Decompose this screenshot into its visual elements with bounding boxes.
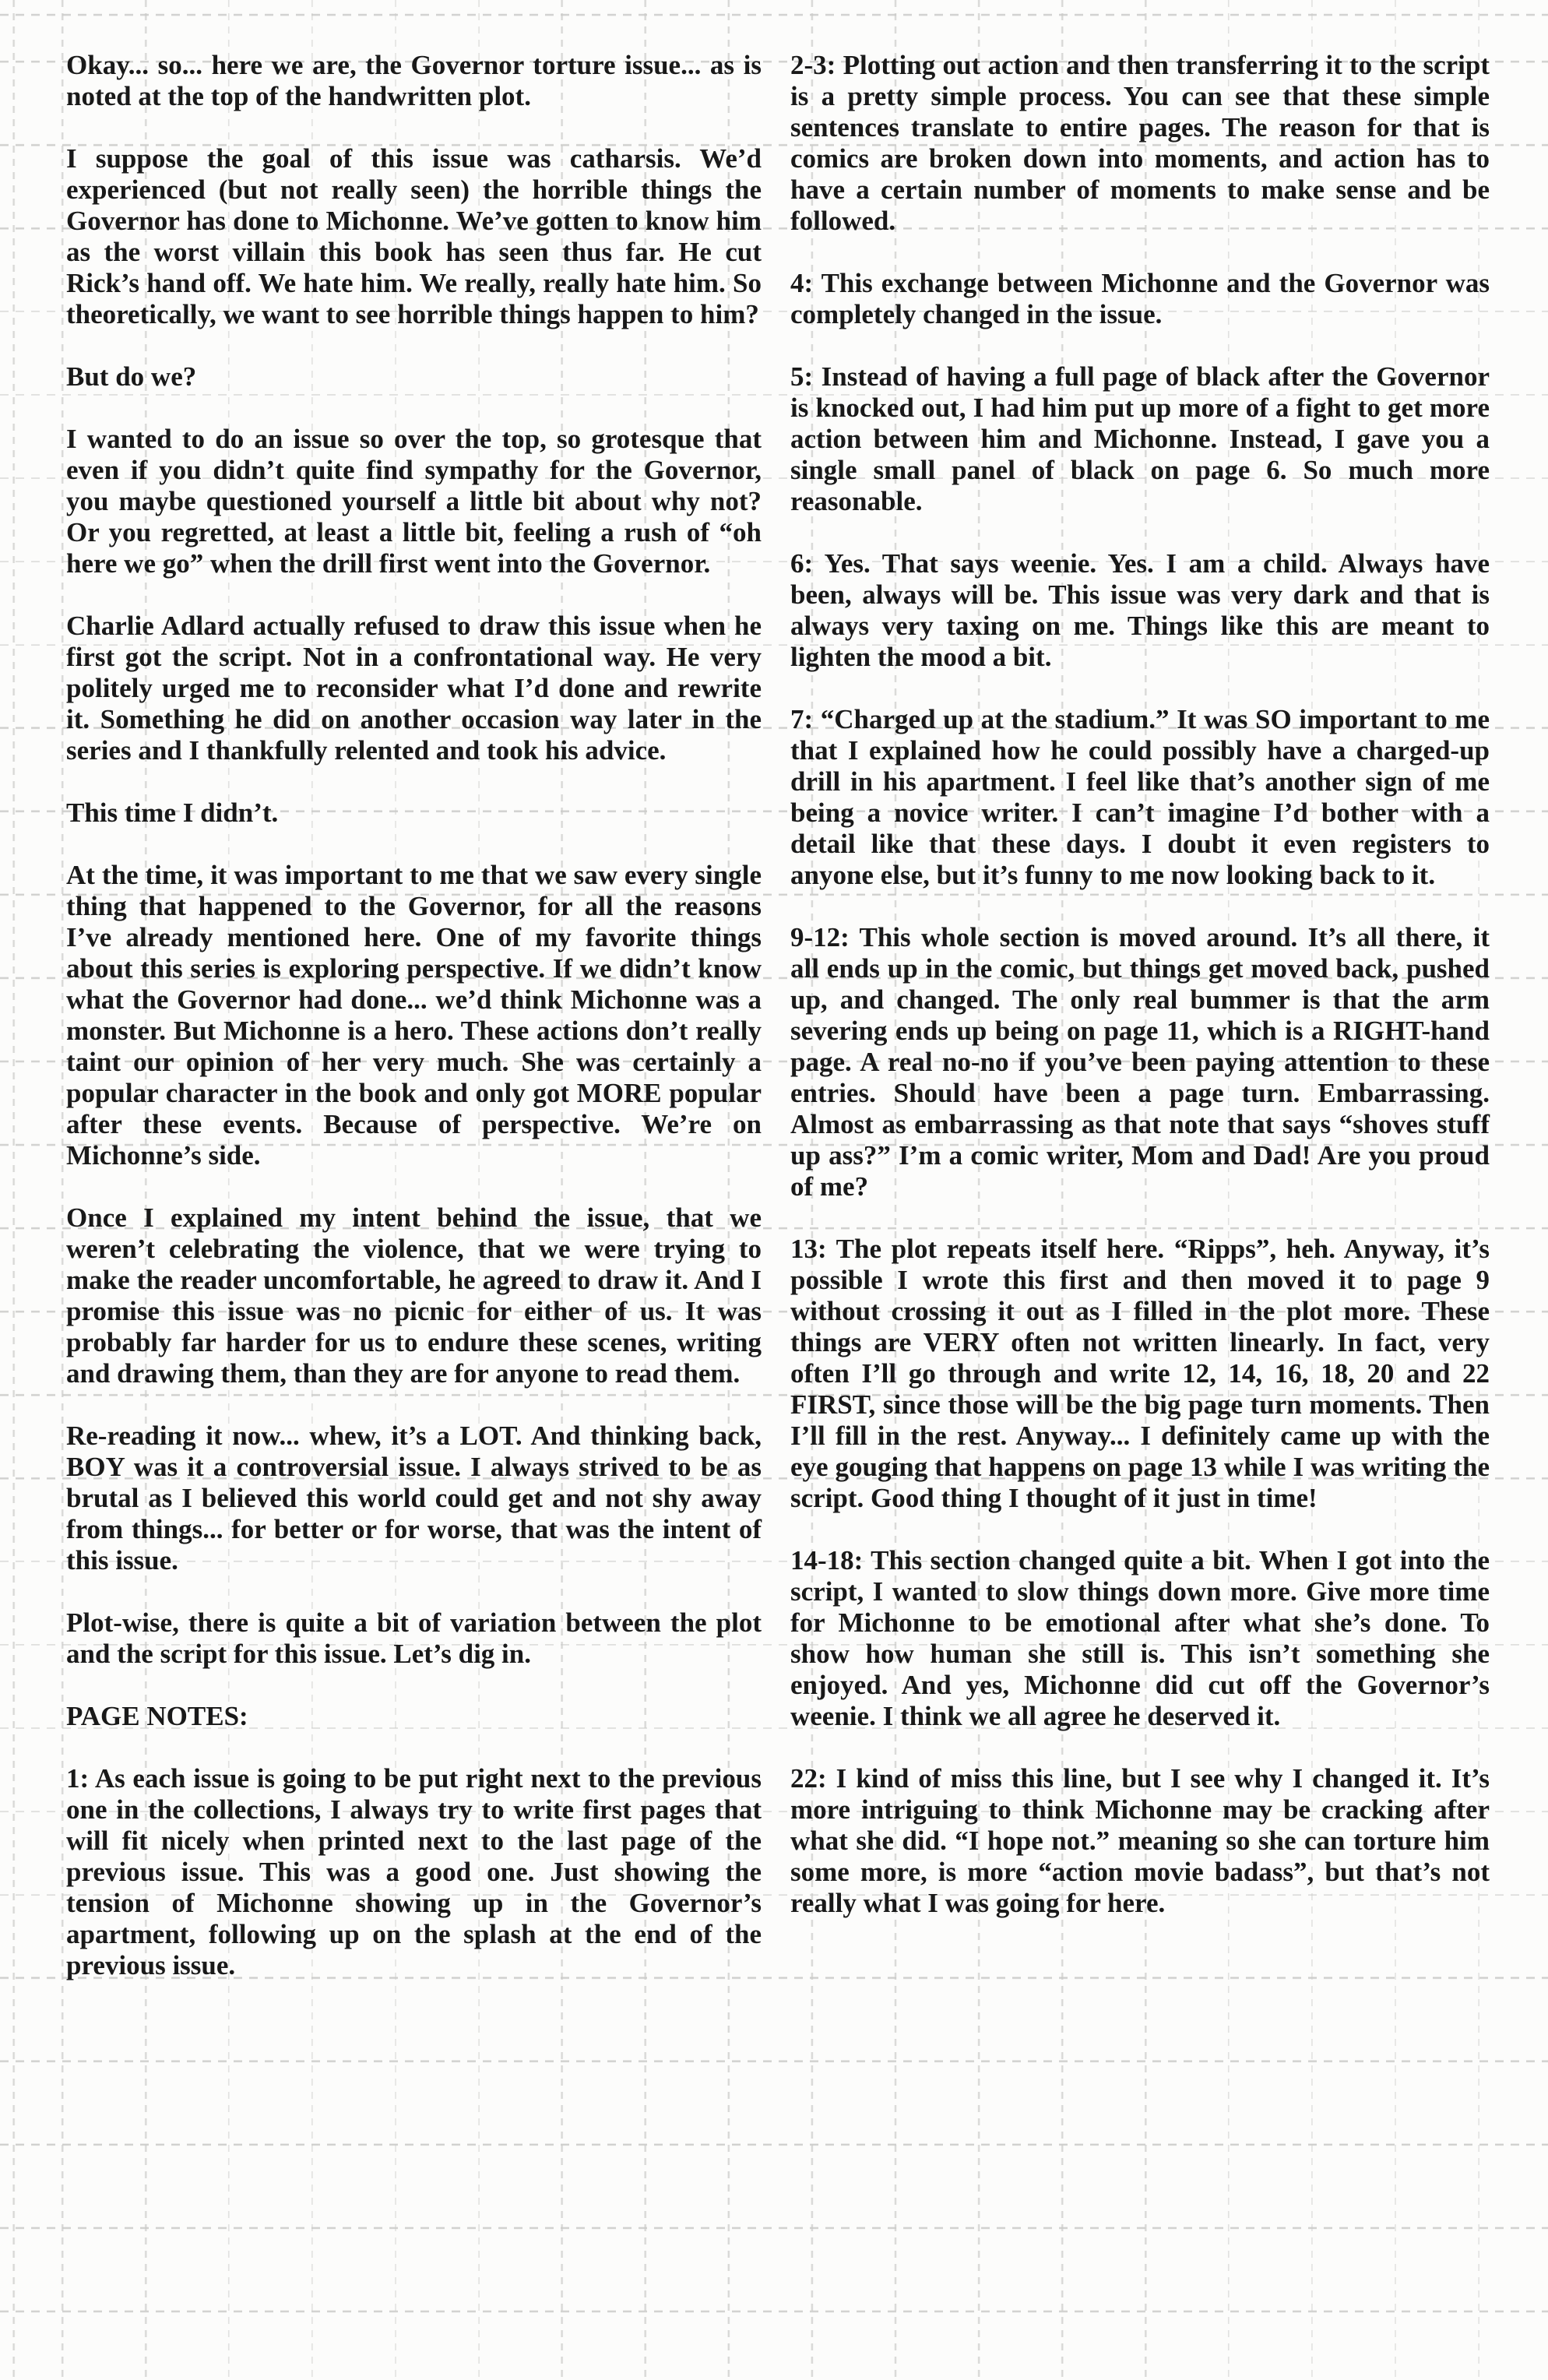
page-note-14-18: 14-18: This section changed quite a bit.…: [790, 1545, 1490, 1732]
paragraph: This time I didn’t.: [66, 797, 762, 829]
paragraph: Once I explained my intent behind the is…: [66, 1202, 762, 1389]
paragraph-intro: Okay... so... here we are, the Governor …: [66, 50, 762, 112]
page-note-13: 13: The plot repeats itself here. “Ripps…: [790, 1234, 1490, 1514]
paragraph: Plot-wise, there is quite a bit of varia…: [66, 1607, 762, 1670]
left-column: Okay... so... here we are, the Governor …: [66, 50, 762, 1981]
commentary-page: Okay... so... here we are, the Governor …: [0, 0, 1548, 2380]
section-heading-page-notes: PAGE NOTES:: [66, 1701, 762, 1732]
right-column: 2-3: Plotting out action and then transf…: [790, 50, 1490, 1981]
paragraph: Charlie Adlard actually refused to draw …: [66, 611, 762, 766]
page-note-22: 22: I kind of miss this line, but I see …: [790, 1763, 1490, 1919]
page-note-7: 7: “Charged up at the stadium.” It was S…: [790, 704, 1490, 891]
page-note-2-3: 2-3: Plotting out action and then transf…: [790, 50, 1490, 237]
paragraph: I suppose the goal of this issue was cat…: [66, 143, 762, 330]
page-note-5: 5: Instead of having a full page of blac…: [790, 361, 1490, 517]
paragraph: Re-reading it now... whew, it’s a LOT. A…: [66, 1421, 762, 1576]
page-note-4: 4: This exchange between Michonne and th…: [790, 268, 1490, 330]
page-note-6: 6: Yes. That says weenie. Yes. I am a ch…: [790, 548, 1490, 673]
page-note-1: 1: As each issue is going to be put righ…: [66, 1763, 762, 1981]
two-column-text-layout: Okay... so... here we are, the Governor …: [0, 0, 1548, 1981]
paragraph: But do we?: [66, 361, 762, 393]
paragraph: I wanted to do an issue so over the top,…: [66, 424, 762, 579]
page-note-9-12: 9-12: This whole section is moved around…: [790, 922, 1490, 1202]
paragraph: At the time, it was important to me that…: [66, 860, 762, 1171]
